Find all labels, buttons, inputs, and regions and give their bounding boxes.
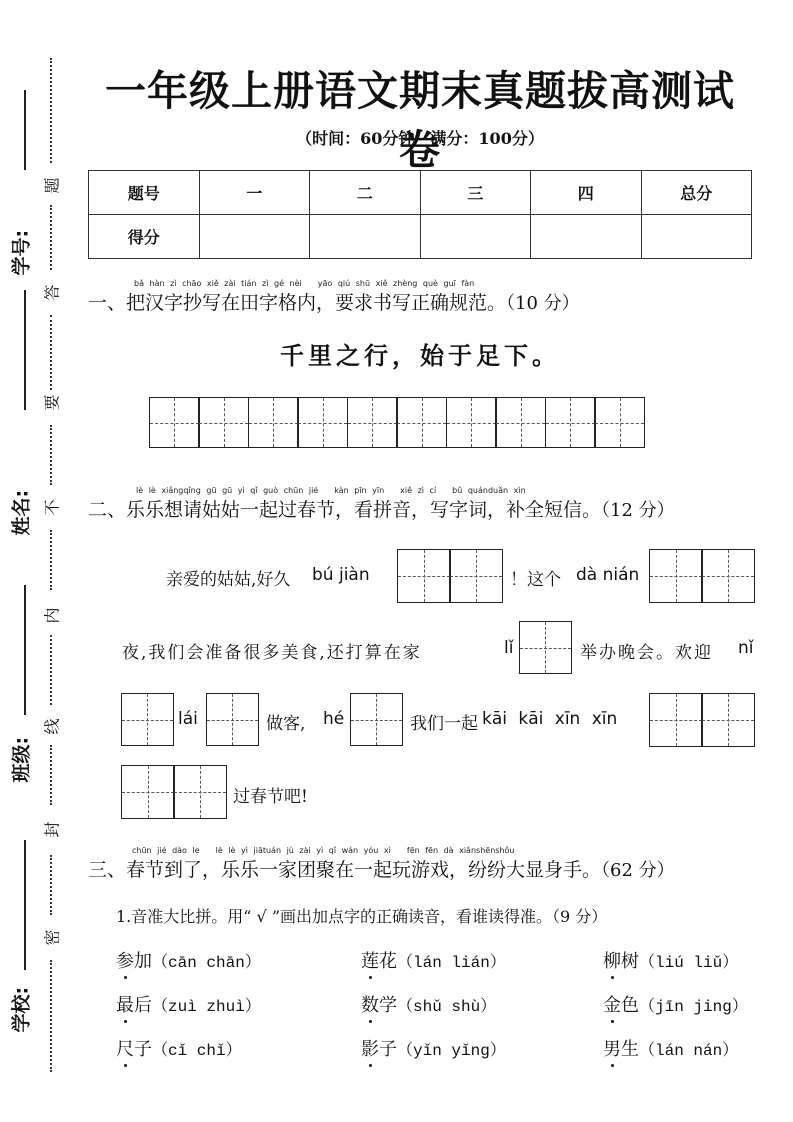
tianzige-box[interactable] [519,621,572,674]
pinyin-options[interactable]: （cān chān） [152,954,261,972]
tianzige-box[interactable] [594,397,645,448]
dotted-char: 金 [603,991,621,1017]
tianzige-box[interactable] [701,693,755,747]
section2-heading-text: 乐乐想请姑姑一起过春节，看拼音，写字词，补全短信。 [126,499,601,521]
pronunciation-item[interactable]: 金色（jīn jing） [603,991,748,1017]
score-table: 题号 一 二 三 四 总分 得分 [88,170,752,259]
tianzige-box[interactable] [449,549,503,603]
section1-number: 一、 [88,292,126,314]
class-line [24,585,26,715]
letter-text: 举办晚会。欢迎 [580,638,713,663]
section2-points: （12 分） [601,500,675,521]
dotted-char: 尺 [116,1035,134,1061]
tianzige-box[interactable] [121,693,174,746]
seal-char: 不 [40,497,63,519]
seal-dashed-line [50,315,52,390]
pronunciation-item[interactable]: 参加（cān chān） [116,947,261,973]
header-cell: 题号 [89,171,200,215]
pinyin-prompt: bú jiàn [312,565,370,585]
dotted-char: 柳 [603,947,621,973]
seal-char: 封 [40,819,63,841]
answer-grid [398,549,503,603]
tianzige-box[interactable] [545,397,596,448]
exam-time-info: （时间：60分钟 满分：100分） [85,126,755,149]
pronunciation-item[interactable]: 影子（yǐn yǐng） [361,1035,506,1061]
score-cell[interactable] [420,215,531,259]
dotted-char: 数 [361,991,379,1017]
score-cell[interactable] [310,215,421,259]
letter-text: 做客, [266,709,305,734]
answer-grid [650,693,755,747]
seal-char: 密 [40,927,63,949]
tianzige-box[interactable] [198,397,249,448]
section3-heading: 三、春节到了，乐乐一家团聚在一起玩游戏，纷纷大显身手。（62 分） [88,855,675,882]
pinyin-prompt: kāi kāi xīn xīn [482,709,617,729]
header-cell: 三 [420,171,531,215]
tianzige-box[interactable] [347,397,398,448]
pinyin-options[interactable]: （shǔ shù） [397,998,496,1016]
dotted-char: 最 [116,991,134,1017]
pinyin-prompt: lǐ [504,638,513,658]
pinyin-options[interactable]: （yǐn yǐng） [397,1042,506,1060]
answer-grid [520,621,572,674]
pinyin-options[interactable]: （lán nán） [639,1042,738,1060]
score-cell[interactable] [531,215,642,259]
name-label: 姓名: [7,508,34,536]
seal-char: 要 [40,392,63,414]
tianzige-box[interactable] [149,397,200,448]
letter-text: 亲爱的姑姑,好久 [166,565,290,590]
pinyin-options[interactable]: （jīn jing） [639,998,748,1016]
seal-char: 内 [40,605,63,627]
tianzige-box[interactable] [297,397,348,448]
pinyin-options[interactable]: （zuì zhuì） [152,998,261,1016]
page-title: 一年级上册语文期末真题拔高测试卷 [85,58,755,176]
answer-grid [122,765,227,819]
seal-dashed-line [50,58,52,163]
pronunciation-item[interactable]: 男生（lán nán） [603,1035,738,1061]
copy-motto: 千里之行，始于足下。 [85,336,755,371]
dotted-char: 影 [361,1035,379,1061]
tianzige-box[interactable] [397,549,451,603]
score-cell[interactable] [199,215,310,259]
tianzige-box[interactable] [248,397,299,448]
answer-grid [122,693,174,746]
seal-dashed-line [50,855,52,915]
tianzige-box[interactable] [649,549,703,603]
section3-number: 三、 [88,859,126,881]
dotted-char: 莲 [361,947,379,973]
seal-dashed-line [50,530,52,590]
section2-heading: 二、乐乐想请姑姑一起过春节，看拼音，写字词，补全短信。（12 分） [88,495,675,522]
pinyin-options[interactable]: （liú liǔ） [639,954,738,972]
score-table-score-row: 得分 [89,215,752,259]
score-cell[interactable] [641,215,752,259]
section3-heading-text: 春节到了，乐乐一家团聚在一起玩游戏，纷纷大显身手。 [126,859,601,881]
score-row-label: 得分 [89,215,200,259]
header-cell: 一 [199,171,310,215]
tianzige-box[interactable] [206,693,259,746]
dotted-char: 参 [116,947,134,973]
tianzige-box[interactable] [396,397,447,448]
answer-grid [351,693,403,746]
answer-grid [650,549,755,603]
seal-char: 题 [40,175,63,197]
tianzige-box[interactable] [649,693,703,747]
name-line [24,290,26,410]
section1-points: （10 分） [506,293,580,314]
pronunciation-item[interactable]: 最后（zuì zhuì） [116,991,261,1017]
header-cell: 总分 [641,171,752,215]
answer-grid [207,693,259,746]
section1-heading: 一、把汉字抄写在田字格内，要求书写正确规范。（10 分） [88,288,580,315]
school-label: 学校: [7,1005,34,1033]
tianzige-box[interactable] [121,765,175,819]
pinyin-prompt: lái [178,709,198,729]
letter-text: 夜,我们会准备很多美食,还打算在家 [122,638,422,663]
school-line [24,840,26,970]
pinyin-prompt: nǐ [738,638,754,658]
dotted-char: 男 [603,1035,621,1061]
section1-heading-text: 把汉字抄写在田字格内，要求书写正确规范。 [126,292,506,314]
seal-dashed-line [50,745,52,805]
letter-text: 我们一起 [410,709,478,734]
section3-points: （62 分） [601,860,675,881]
pinyin-options[interactable]: （lán lián） [397,954,506,972]
seal-char: 答 [40,282,63,304]
tianzige-box[interactable] [350,693,403,746]
score-table-header-row: 题号 一 二 三 四 总分 [89,171,752,215]
seal-char: 线 [40,716,63,738]
letter-text: ！这个 [510,565,561,590]
question-1-instruction: 1.音准大比拼。用“ √ ”画出加点字的正确读音，看谁读得准。（9 分） [116,904,607,927]
pinyin-prompt: hé [323,709,344,729]
pronunciation-item[interactable]: 莲花（lán lián） [361,947,506,973]
pinyin-prompt: dà nián [576,565,639,585]
student-id-label: 学号: [7,248,34,276]
pronunciation-item[interactable]: 尺子（cǐ chǐ） [116,1035,242,1061]
pronunciation-item[interactable]: 柳树（liú liǔ） [603,947,738,973]
section2-number: 二、 [88,499,126,521]
tianzige-box[interactable] [173,765,227,819]
tianzige-box[interactable] [701,549,755,603]
tianzige-grid-row [150,397,645,448]
seal-dashed-line [50,960,52,1072]
tianzige-box[interactable] [446,397,497,448]
header-cell: 二 [310,171,421,215]
tianzige-box[interactable] [495,397,546,448]
seal-dashed-line [50,425,52,485]
class-label: 班级: [7,755,34,783]
pronunciation-item[interactable]: 数学（shǔ shù） [361,991,496,1017]
pinyin-options[interactable]: （cǐ chǐ） [152,1042,242,1060]
student-id-line [24,90,26,170]
seal-dashed-line [50,205,52,270]
letter-text: 过春节吧! [233,782,308,807]
header-cell: 四 [531,171,642,215]
seal-dashed-line [50,635,52,705]
